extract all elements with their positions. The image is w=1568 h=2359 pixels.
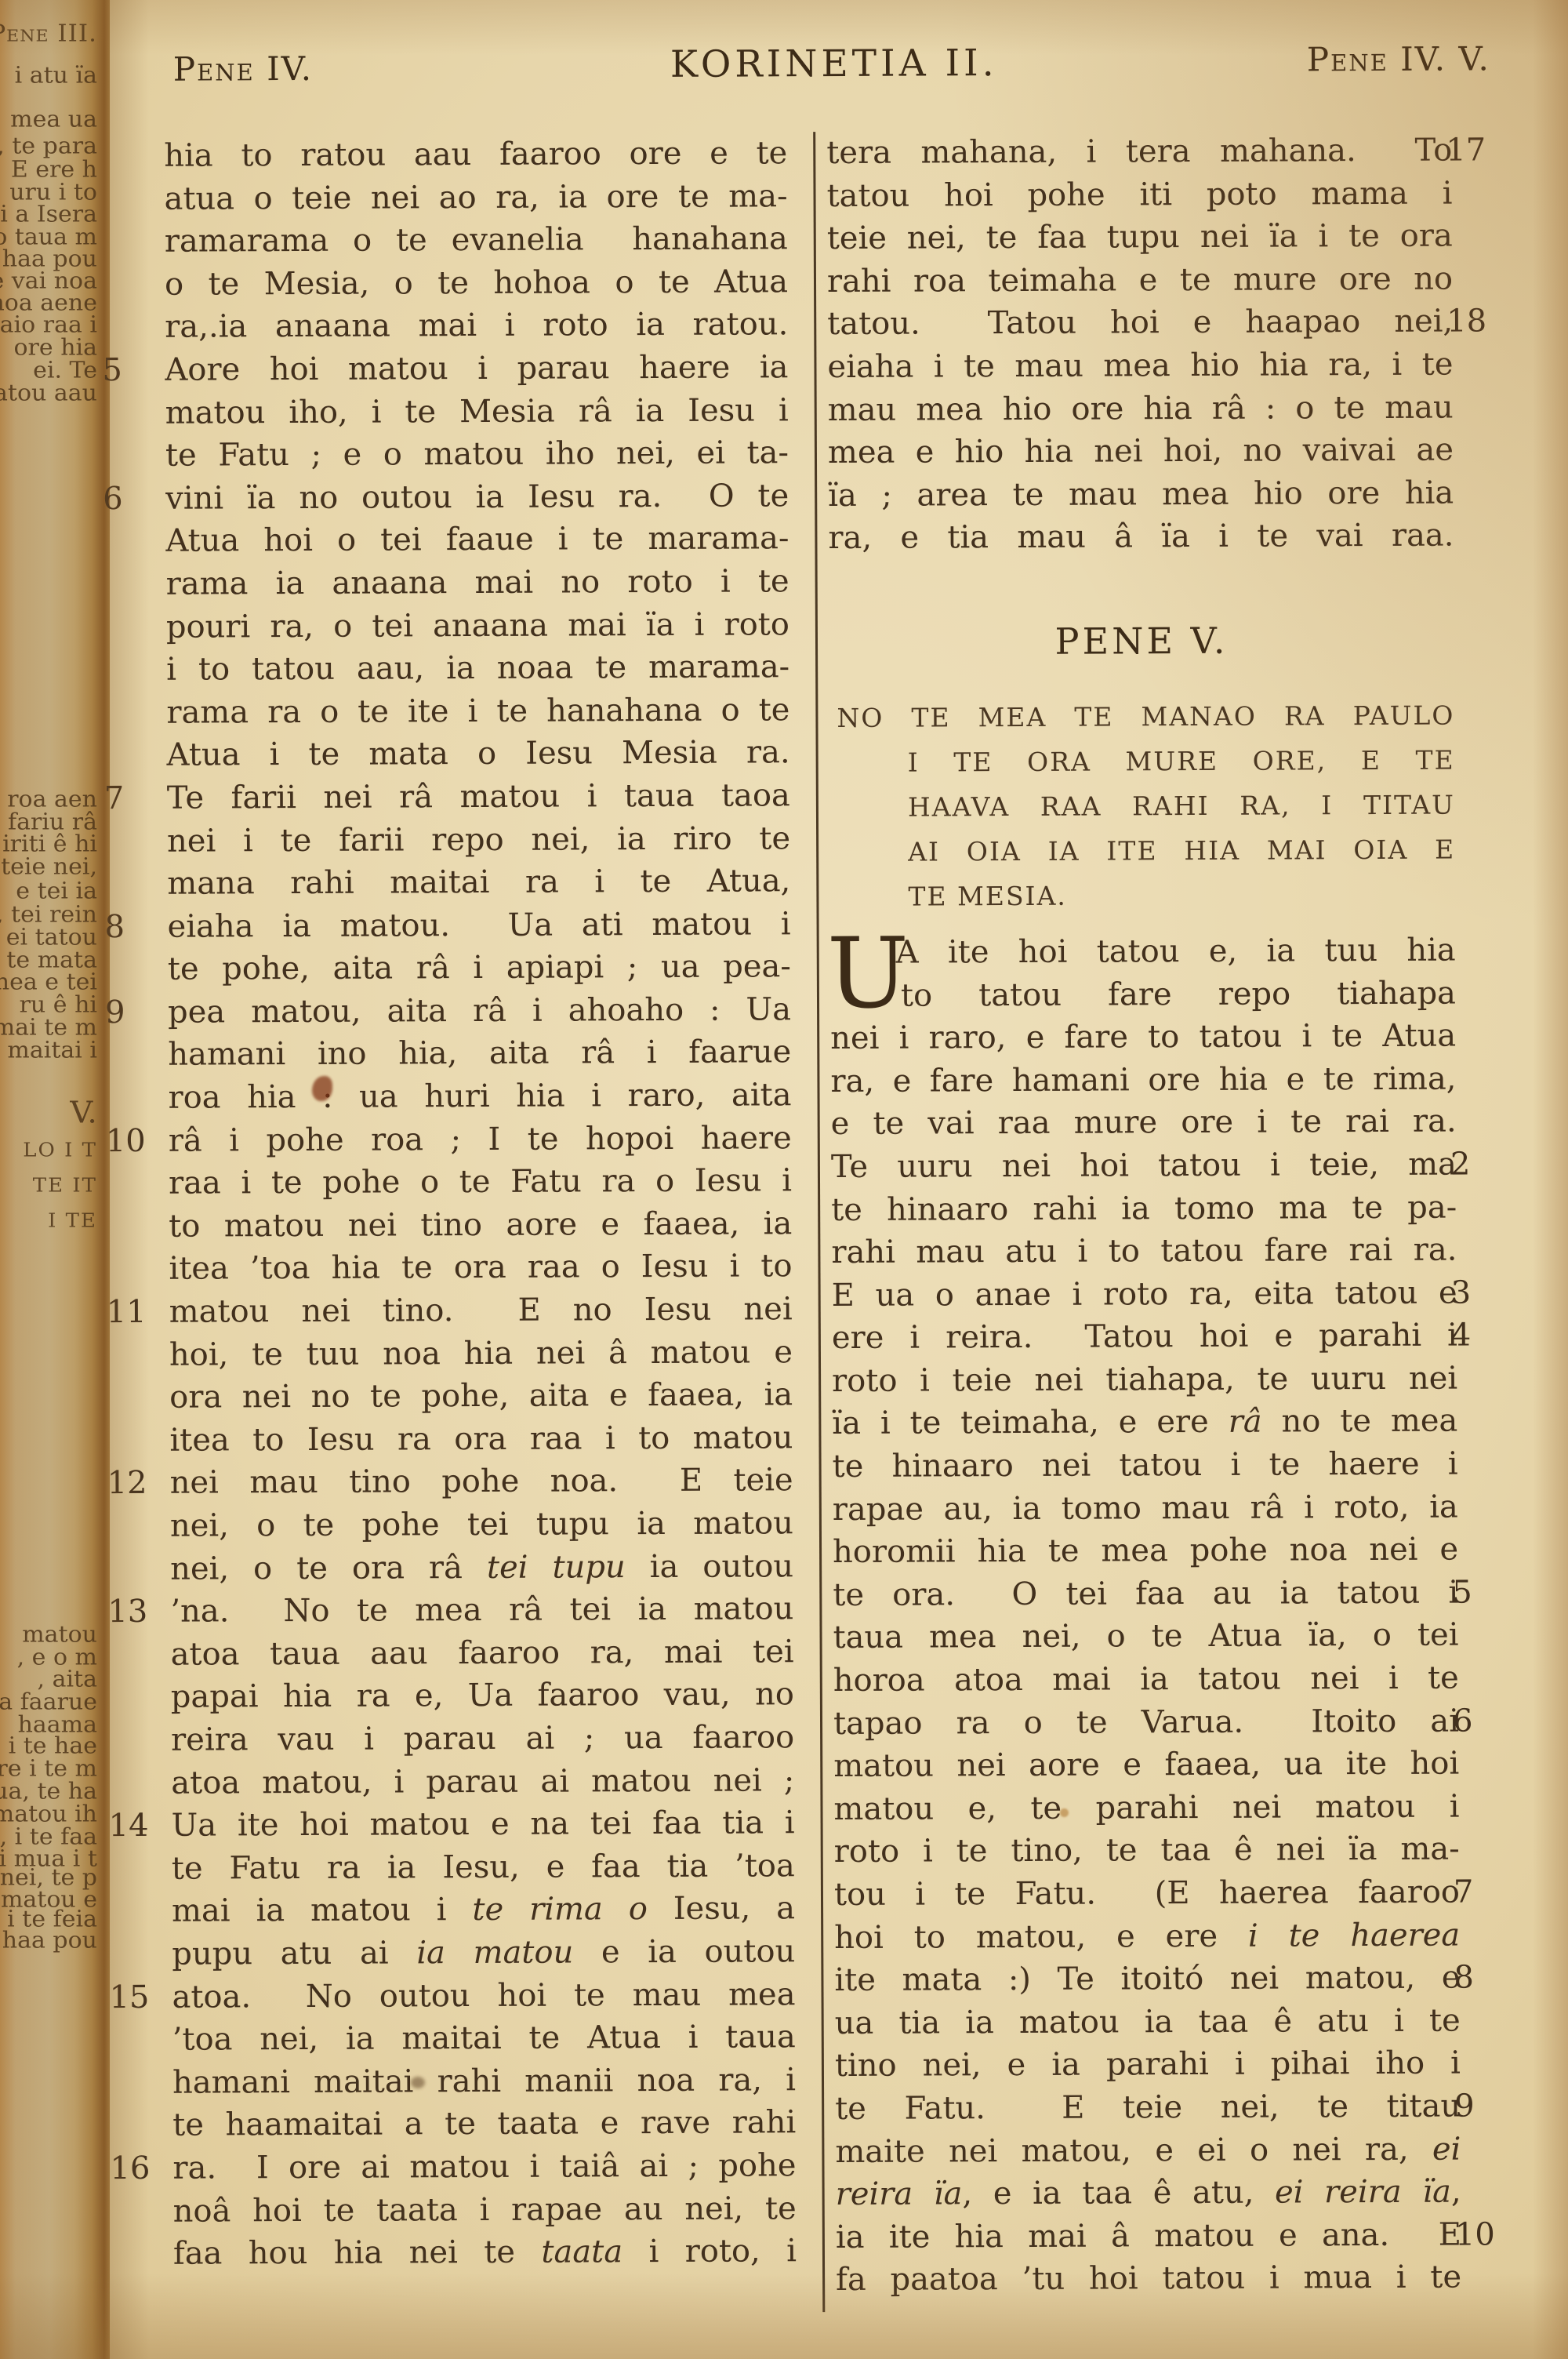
text-line: matou nei aore e faaea, ua ite hoi bbox=[833, 1743, 1459, 1788]
verse-number: 6 bbox=[1453, 1699, 1508, 1743]
verse-number: 5 bbox=[102, 349, 160, 392]
facing-page-text-fragment: , tei rein bbox=[0, 904, 97, 927]
text-line: te Fatu ra ia Iesu, e faa tia ’toa bbox=[172, 1845, 795, 1890]
text-line: ramarama o te evanelia hanahana bbox=[165, 217, 788, 263]
text-line: atoa matou, i parau ai matou nei ; bbox=[171, 1759, 794, 1805]
facing-page-text-fragment: i atu ïa bbox=[15, 65, 97, 88]
text-line: horomii hia te mea pohe noa nei e bbox=[833, 1528, 1458, 1574]
text-line: Te uuru nei hoi tatou i teie, ma2 bbox=[831, 1143, 1457, 1188]
facing-page-text-fragment: matou bbox=[22, 1624, 97, 1647]
text-line: nei, o te ora râ tei tupu ia outou bbox=[170, 1545, 793, 1590]
verse-number: 8 bbox=[1454, 1956, 1508, 1999]
text-line: tapao ra o te Varua. Itoito ai6 bbox=[833, 1699, 1459, 1745]
text-line: ra, e fare hamani ore hia e te rima, bbox=[830, 1057, 1456, 1103]
facing-page-text-fragment: E ere h bbox=[11, 159, 97, 182]
page-content: Pene IV. KORINETIA II. Pene IV. V. hia t… bbox=[104, 0, 1568, 2359]
text-line: eiaha ia matou. Ua ati matou i8 bbox=[167, 903, 790, 948]
facing-page-text-fragment: haa pou bbox=[2, 1930, 97, 1953]
facing-page-text-fragment: e tei ia bbox=[16, 881, 97, 903]
facing-page-text-fragment: LO I T bbox=[23, 1140, 97, 1162]
text-line: hamani maitai rahi manii noa ra, i bbox=[172, 2059, 796, 2104]
text-line: i to tatou aau, ia noaa te marama- bbox=[166, 645, 789, 691]
text-line: râ i pohe roa ; I te hopoi haere10 bbox=[169, 1117, 792, 1162]
text-line: tera mahana, i tera mahana. To17 bbox=[826, 129, 1452, 175]
chapter-summary-line: TE MESIA. bbox=[908, 872, 1455, 919]
running-head-chapter-right: Pene IV. V. bbox=[1307, 39, 1490, 78]
text-line: pupu atu ai ia matou e ia outou bbox=[172, 1930, 795, 1976]
chapter-summary-line: AI OIA IA ITE HIA MAI OIA E bbox=[908, 827, 1455, 874]
text-line: hamani ino hia, aita râ i faarue bbox=[168, 1031, 791, 1077]
running-head-chapter-left: Pene IV. bbox=[173, 49, 313, 89]
text-line: ’toa nei, ia maitai te Atua i taua bbox=[172, 2016, 796, 2061]
text-line: itea to Iesu ra ora raa i to matou bbox=[169, 1416, 793, 1462]
facing-page-text-fragment: Pene III. bbox=[0, 23, 97, 45]
text-line: ere i reira. Tatou hoi e parahi i4 bbox=[832, 1314, 1457, 1360]
verse-number: 10 bbox=[1455, 2213, 1510, 2256]
verse-number: 4 bbox=[1451, 1314, 1506, 1358]
text-line: te ora. O tei faa au ia tatou i5 bbox=[833, 1571, 1458, 1616]
facing-page-text-fragment: e roa aen bbox=[0, 789, 97, 812]
chapter-body: UA ite hoi tatou e, ia tuu hiato tatou f… bbox=[830, 929, 1462, 2302]
facing-page-text-fragment: maitai i bbox=[7, 1040, 97, 1063]
text-line: hoi to matou, e ere i te haerea bbox=[834, 1914, 1460, 1959]
verse-number: 9 bbox=[1454, 2085, 1509, 2128]
verse-number: 2 bbox=[1450, 1143, 1505, 1186]
text-line: atoa taua aau faaroo ra, mai tei bbox=[171, 1630, 794, 1676]
text-line: noâ hoi te taata i rapae au nei, te bbox=[173, 2187, 797, 2233]
text-line: pea matou, aita râ i ahoaho : Ua9 bbox=[168, 988, 791, 1034]
text-line: rama ra o te ite i te hanahana o te bbox=[166, 689, 789, 734]
verse-number: 18 bbox=[1446, 300, 1501, 343]
text-line: matou nei tino. E no Iesu nei11 bbox=[169, 1288, 793, 1333]
text-line: maite nei matou, e ei o nei ra, ei bbox=[835, 2128, 1461, 2173]
text-line: te Fatu ; e o matou iho nei, ei ta- bbox=[165, 431, 789, 477]
text-line: mana rahi maitai ra i te Atua, bbox=[167, 860, 790, 905]
verse-number: 3 bbox=[1451, 1271, 1506, 1314]
text-line: Aore hoi matou i parau haere ia5 bbox=[165, 346, 788, 391]
text-line: Te farii nei râ matou i taua taoa7 bbox=[167, 774, 790, 820]
text-line: ra, e tia mau â ïa i te vai raa. bbox=[828, 514, 1454, 560]
text-line: A ite hoi tatou e, ia tuu hia bbox=[830, 929, 1456, 975]
verse-number: 16 bbox=[110, 2147, 168, 2190]
verse-number: 17 bbox=[1446, 129, 1501, 172]
right-column: tera mahana, i tera mahana. To17tatou ho… bbox=[826, 129, 1461, 2312]
facing-page-gutter-edge: Pene III.i atu ïamea ua, te paraE ere hu… bbox=[0, 0, 110, 2359]
verse-number: 6 bbox=[103, 478, 161, 521]
text-line: pouri ra, o tei anaana mai ïa i roto bbox=[166, 603, 789, 649]
text-line: ua tia ia matou ia taa ê atu i te bbox=[835, 1999, 1461, 2045]
verse-number: 12 bbox=[107, 1462, 165, 1505]
chapter-summary: NO TE MEA TE MANAO RA PAULOI TE ORA MURE… bbox=[829, 693, 1455, 919]
facing-page-text-fragment: V. bbox=[70, 1102, 97, 1125]
facing-page-text-fragment: teie nei, bbox=[1, 856, 97, 879]
text-line: rapae au, ia tomo mau râ i roto, ia bbox=[833, 1485, 1458, 1531]
text-line: rama ia anaana mai no roto i te bbox=[166, 560, 789, 605]
facing-page-text-fragment: mea ua bbox=[10, 109, 97, 132]
text-line: faa hou hia nei te taata i roto, i bbox=[173, 2230, 797, 2275]
text-line: fa paatoa ’tu hoi tatou i mua i te bbox=[836, 2256, 1461, 2302]
facing-page-text-fragment: matou ih bbox=[0, 1804, 97, 1826]
text-line: itea ’toa hia te ora raa o Iesu i to bbox=[169, 1245, 792, 1291]
text-line: te Fatu. E teie nei, te titau9 bbox=[835, 2085, 1461, 2131]
facing-page-text-fragment: are i te m bbox=[0, 1758, 97, 1781]
text-line: rahi roa teimaha e te mure ore no bbox=[827, 257, 1453, 303]
text-line: hia to ratou aau faaroo ore e te bbox=[164, 132, 787, 177]
facing-page-text-fragment: mai te m bbox=[0, 1017, 97, 1040]
verse-number: 8 bbox=[104, 905, 162, 948]
chapter-summary-line: NO TE MEA TE MANAO RA PAULO bbox=[837, 693, 1454, 740]
text-line: roto i te tino, te taa ê nei ïa ma- bbox=[834, 1828, 1460, 1874]
text-line: taua mea nei, o te Atua ïa, o tei bbox=[833, 1614, 1458, 1659]
verse-number: 15 bbox=[109, 1976, 167, 2019]
text-line: ïa ; area te mau mea hio ore hia bbox=[828, 471, 1454, 517]
text-line: Ua ite hoi matou e na tei faa tia i14 bbox=[171, 1801, 794, 1847]
text-line: matou e, te parahi nei matou i bbox=[833, 1785, 1459, 1830]
verse-number: 13 bbox=[107, 1590, 165, 1634]
text-line: nei i raro, e fare to tatou i te Atua bbox=[830, 1015, 1456, 1060]
verse-number: 9 bbox=[105, 991, 163, 1034]
facing-page-text-fragment: TE IT bbox=[33, 1175, 97, 1198]
text-line: ra,.ia anaana mai i roto ia ratou. bbox=[165, 304, 788, 349]
text-line: to matou nei tino aore e faaea, ia bbox=[169, 1202, 792, 1248]
text-line: horoa atoa mai ia tatou nei i te bbox=[833, 1657, 1459, 1703]
text-line: atua o teie nei ao ra, ia ore te ma- bbox=[164, 175, 787, 220]
text-line: reira ïa, e ia taa ê atu, ei reira ïa, bbox=[836, 2171, 1461, 2216]
text-line: papai hia ra e, Ua faaroo vau, no bbox=[171, 1674, 794, 1719]
text-line: te pohe, aita râ i apiapi ; ua pea- bbox=[168, 946, 791, 991]
text-line: ora nei no te pohe, aita e faaea, ia bbox=[169, 1373, 793, 1419]
facing-page-text-fragment: , aita bbox=[38, 1669, 98, 1692]
book-page-scan: Pene III.i atu ïamea ua, te paraE ere hu… bbox=[0, 0, 1568, 2359]
text-line: teie nei, te faa tupu nei ïa i te ora bbox=[827, 215, 1453, 260]
text-line: tatou hoi pohe iti poto mama i bbox=[826, 172, 1452, 217]
facing-page-text-fragment: ratou aau bbox=[0, 383, 97, 405]
facing-page-text-fragment: ore hia bbox=[14, 337, 98, 360]
text-line: nei mau tino pohe noa. E teie12 bbox=[170, 1459, 793, 1505]
facing-page-text-fragment: ei tatou bbox=[6, 927, 97, 950]
text-line: o te Mesia, o te hohoa o te Atua bbox=[165, 260, 788, 306]
text-line: e te vai raa mure ore i te rai ra. bbox=[831, 1100, 1457, 1146]
verse-number: 7 bbox=[1454, 1870, 1508, 1914]
verse-number: 5 bbox=[1452, 1571, 1507, 1614]
text-line: Atua hoi o tei faaue i te marama- bbox=[165, 518, 789, 563]
text-line: tino nei, e ia parahi i pihai iho i bbox=[835, 2042, 1461, 2088]
text-line: roto i teie nei tiahapa, te uuru nei bbox=[832, 1357, 1457, 1402]
left-column: hia to ratou aau faaroo ore e teatua o t… bbox=[164, 132, 797, 2314]
book-title: KORINETIA II. bbox=[670, 42, 998, 86]
text-line: matou iho, i te Mesia râ ia Iesu i bbox=[165, 389, 789, 434]
text-line: raa i te pohe o te Fatu ra o Iesu i bbox=[169, 1160, 792, 1205]
column-divider-rule bbox=[813, 132, 825, 2312]
text-line: nei i te farii repo nei, ia riro te bbox=[167, 817, 790, 863]
text-line: reira vau i parau ai ; ua faaroo bbox=[171, 1716, 794, 1761]
text-line: rahi mau atu i to tatou fare rai ra. bbox=[831, 1229, 1457, 1274]
verse-number: 11 bbox=[107, 1291, 165, 1334]
facing-page-text-fragment: i a Isera bbox=[0, 204, 97, 227]
verse-number: 14 bbox=[108, 1805, 166, 1848]
text-line: atoa. No outou hoi te mau mea15 bbox=[172, 1973, 795, 2019]
text-line: hoi, te tuu noa hia nei â matou e bbox=[169, 1331, 793, 1376]
facing-page-text-fragment: nea e tei bbox=[0, 972, 97, 994]
text-line: vini ïa no outou ia Iesu ra. O te6 bbox=[165, 474, 789, 520]
facing-page-text-fragment: iriti ê hi bbox=[2, 834, 97, 856]
text-line: ïa i te teimaha, e ere râ no te mea bbox=[832, 1400, 1457, 1445]
facing-page-text-fragment: Ua faarue bbox=[0, 1692, 97, 1714]
text-columns: hia to ratou aau faaroo ore e teatua o t… bbox=[164, 129, 1461, 2315]
text-line: to tatou fare repo tiahapa bbox=[830, 972, 1456, 1017]
chapter-summary-line: HAAVA RAA RAHI RA, I TITAU bbox=[908, 783, 1455, 830]
facing-page-text-fragment: i te hae bbox=[9, 1736, 97, 1758]
facing-page-text-fragment: , te para bbox=[0, 136, 97, 158]
text-line: ia ite hia mai â matou e ana. E10 bbox=[836, 2213, 1461, 2259]
text-line: mea e hio hia nei hoi, no vaivai ae bbox=[828, 429, 1454, 474]
text-line: tou i te Fatu. (E haerea faaroo7 bbox=[834, 1871, 1460, 1917]
text-line: te hinaaro nei tatou i te haere i bbox=[832, 1443, 1457, 1488]
text-line: ’na. No te mea râ tei ia matou13 bbox=[170, 1587, 793, 1633]
text-line: nei, o te pohe tei tupu ia matou bbox=[170, 1502, 793, 1547]
text-line: mai ia matou i te rima o Iesu, a bbox=[172, 1888, 795, 1933]
facing-page-text-fragment: tua, te ha bbox=[0, 1781, 97, 1804]
chapter-heading: PENE V. bbox=[829, 616, 1454, 666]
text-line: E ua o anae i roto ra, eita tatou e3 bbox=[832, 1271, 1457, 1317]
text-line: roa hia : ua huri hia i raro, aita bbox=[168, 1074, 791, 1119]
chapter-summary-line: I TE ORA MURE ORE, E TE bbox=[908, 738, 1455, 785]
facing-page-text-fragment: ru ê hi bbox=[20, 994, 97, 1017]
text-line: tatou. Tatou hoi e haapao nei,18 bbox=[827, 300, 1453, 346]
text-line: te hinaaro rahi ia tomo ma te pa- bbox=[831, 1186, 1457, 1231]
text-line: ra. I ore ai matou i taiâ ai ; pohe16 bbox=[172, 2144, 796, 2190]
facing-page-text-fragment: taio raa i bbox=[0, 314, 97, 337]
text-line: eiaha i te mau mea hio hia ra, i te bbox=[827, 343, 1453, 389]
verse-number: 10 bbox=[106, 1119, 164, 1162]
facing-page-text-fragment: I TE bbox=[48, 1210, 97, 1233]
text-line: Atua i te mata o Iesu Mesia ra. bbox=[167, 732, 790, 777]
text-line: ite mata :) Te itoitó nei matou, e8 bbox=[834, 1957, 1460, 2002]
text-line: te haamaitai a te taata e rave rahi bbox=[172, 2102, 796, 2147]
text-line: mau mea hio ore hia râ : o te mau bbox=[828, 386, 1454, 431]
running-head: Pene IV. KORINETIA II. Pene IV. V. bbox=[164, 38, 1504, 90]
facing-page-text-fragment: ei. Te bbox=[33, 360, 97, 383]
verse-number: 7 bbox=[104, 777, 162, 820]
